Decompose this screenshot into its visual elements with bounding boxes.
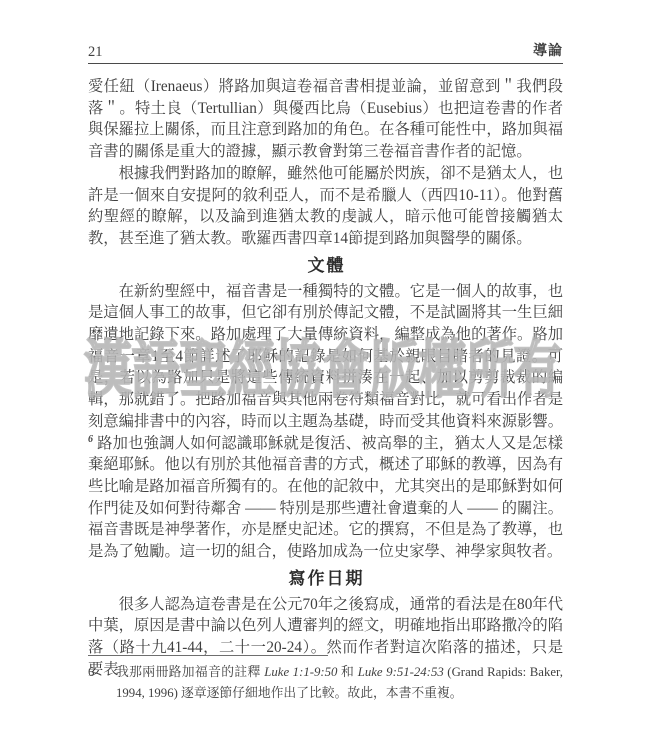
- paragraph-luke-background: 根據我們對路加的瞭解，雖然他可能屬於閃族，卻不是猶太人，也許是一個來自安提阿的敘…: [88, 163, 563, 250]
- section-heading-genre: 文體: [88, 254, 563, 278]
- body-text: 愛任紐（Irenaeus）將路加與這卷福音書相提並論，並留意到＂我們段落＂。特土…: [88, 76, 563, 681]
- footnote-rule: [88, 655, 328, 656]
- footnote-area: 6 我那兩冊路加福音的註釋 Luke 1:1-9:50 和 Luke 9:51-…: [88, 655, 563, 703]
- section-heading-date: 寫作日期: [88, 567, 563, 591]
- page-number: 21: [88, 42, 103, 62]
- book-page: 21 導論 愛任紐（Irenaeus）將路加與這卷福音書相提並論，並留意到＂我們…: [0, 0, 650, 750]
- footnote-number: 6: [88, 662, 116, 703]
- page-header: 21 導論: [88, 42, 563, 62]
- footnote-text: 我那兩冊路加福音的註釋 Luke 1:1-9:50 和 Luke 9:51-24…: [116, 662, 563, 703]
- paragraph-genre: 在新約聖經中，福音書是一種獨特的文體。它是一個人的故事，也是這個人事工的故事，但…: [88, 281, 563, 563]
- running-title: 導論: [533, 42, 563, 62]
- paragraph-authorship-continued: 愛任紐（Irenaeus）將路加與這卷福音書相提並論，並留意到＂我們段落＂。特土…: [88, 76, 563, 163]
- header-rule: [88, 63, 563, 64]
- footnote-6: 6 我那兩冊路加福音的註釋 Luke 1:1-9:50 和 Luke 9:51-…: [88, 662, 563, 703]
